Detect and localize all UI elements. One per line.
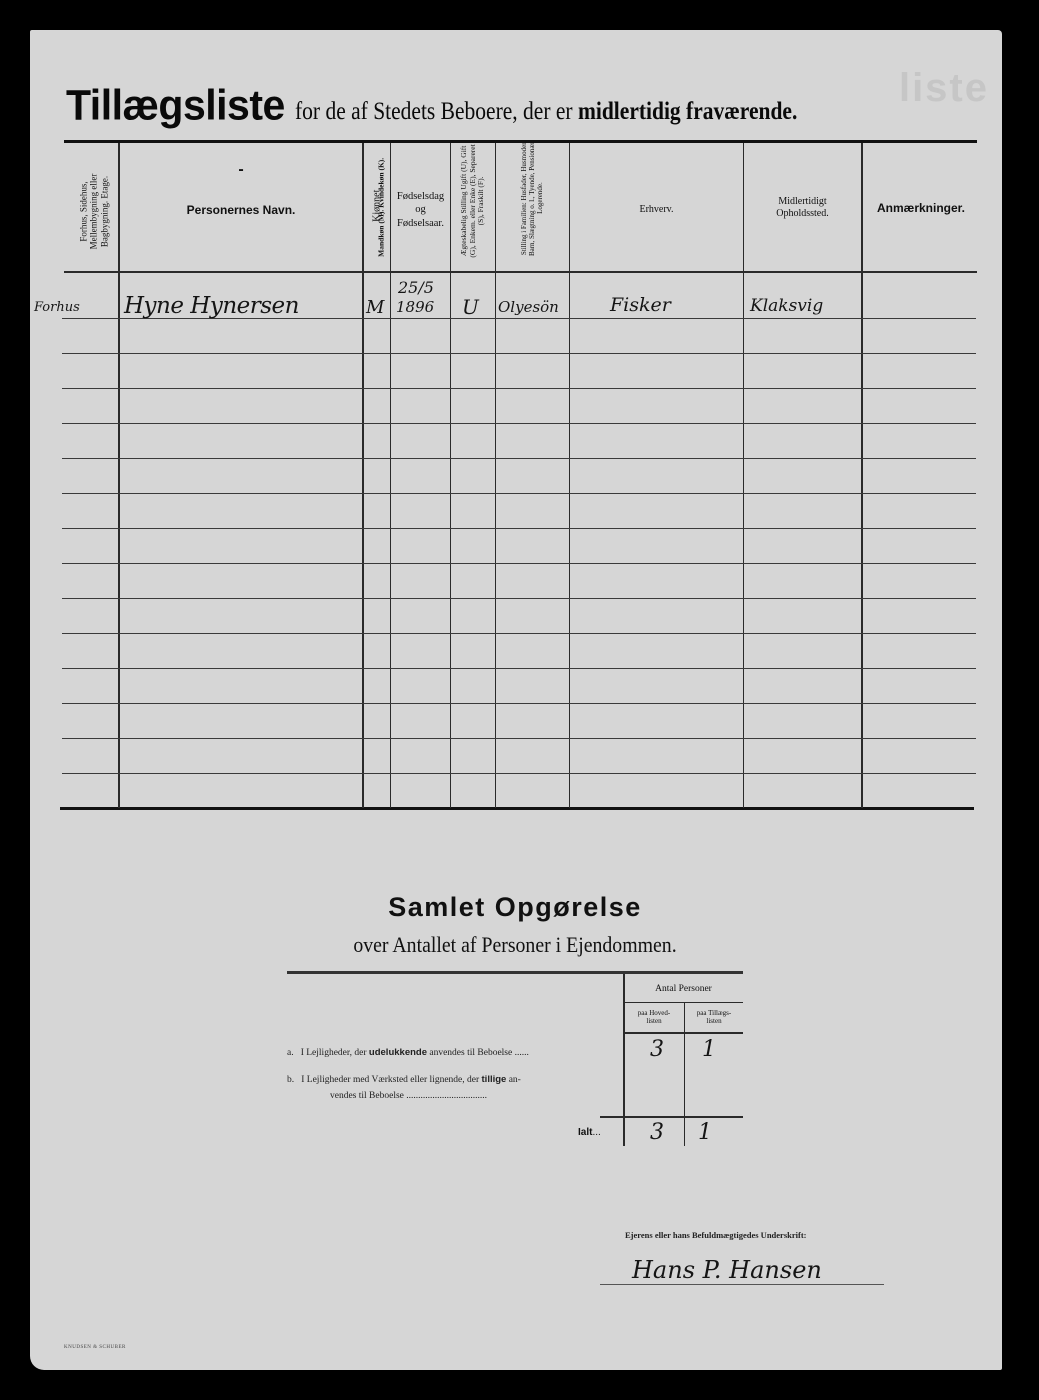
cell-marital: U xyxy=(462,295,479,319)
row-divider xyxy=(62,738,976,739)
total-supp-value: 1 xyxy=(698,1120,712,1145)
col-group-label: Antal Personer xyxy=(624,982,743,998)
header-family: Stilling i Familien: Husfader, Husmoder,… xyxy=(520,136,544,260)
signature-value: Hans P. Hansen xyxy=(632,1256,822,1284)
row-divider xyxy=(62,703,976,704)
cell-occupation: Fisker xyxy=(610,294,671,316)
cell-birth-day: 25/5 xyxy=(398,278,434,297)
header-sex: Mandkøn (M). Kvindekøn (K). xyxy=(378,147,387,267)
signature-label: Ejerens eller hans Befuldmægtigedes Unde… xyxy=(625,1230,806,1240)
row-divider xyxy=(62,388,976,389)
cell-residence: Klaksvig xyxy=(750,296,823,316)
row-divider xyxy=(62,633,976,634)
col-supp-label: paa Tillægs-listen xyxy=(685,1006,743,1030)
total-main-value: 3 xyxy=(650,1120,664,1145)
row-divider xyxy=(62,353,976,354)
row-divider xyxy=(62,563,976,564)
header-occupation: Erhverv. xyxy=(570,200,743,220)
summary-subtitle: over Antallet af Personer i Ejendommen. xyxy=(52,932,979,958)
bleed-through-text: liste xyxy=(899,66,989,111)
row-a-main-value: 3 xyxy=(650,1037,664,1062)
row-divider xyxy=(62,773,976,774)
row-divider xyxy=(62,528,976,529)
cell-sex: M xyxy=(366,297,384,318)
header-name-dash: - xyxy=(120,160,362,180)
title-main: Tillægsliste xyxy=(66,81,285,130)
summary-row-b: b. I Lejligheder med Værksted eller lign… xyxy=(287,1074,521,1085)
summary-row-b-cont: vendes til Beboelse ....................… xyxy=(330,1091,487,1101)
header-building: Forhus, Sidehus, Mellembygning eller Bag… xyxy=(78,158,109,266)
row-divider xyxy=(62,493,976,494)
printer-mark: KNUDSEN & SCHUBER xyxy=(64,1345,126,1350)
row-divider xyxy=(62,598,976,599)
page-title: Tillægsliste for de af Stedets Beboere, … xyxy=(66,82,879,129)
header-birth: Fødselsdag og Fødselsaar. xyxy=(391,180,450,240)
cell-building: Forhus xyxy=(34,300,80,315)
header-marital: Ægteskabelig Stilling Ugift (U), Gift (G… xyxy=(460,139,486,263)
row-divider xyxy=(62,668,976,669)
cell-birth-year: 1896 xyxy=(396,298,434,316)
cell-family: Olyesön xyxy=(498,298,559,316)
cell-name: Hyne Hynersen xyxy=(124,293,299,319)
summary-title: Samlet Opgørelse xyxy=(0,892,1030,923)
col-main-label: paa Hoved-listen xyxy=(624,1006,684,1030)
row-divider xyxy=(62,423,976,424)
total-label: Ialt... xyxy=(578,1127,601,1138)
header-name: Personernes Navn. xyxy=(120,198,362,222)
document-page xyxy=(30,30,1002,1370)
header-residence: Midlertidigt Opholdssted. xyxy=(744,190,861,226)
row-divider xyxy=(62,458,976,459)
header-remarks: Anmærkninger. xyxy=(862,198,980,218)
row-a-supp-value: 1 xyxy=(702,1037,716,1062)
summary-row-a: a. I Lejligheder, der udelukkende anvend… xyxy=(287,1047,529,1058)
title-subtitle: for de af Stedets Beboere, der er midler… xyxy=(295,98,797,126)
